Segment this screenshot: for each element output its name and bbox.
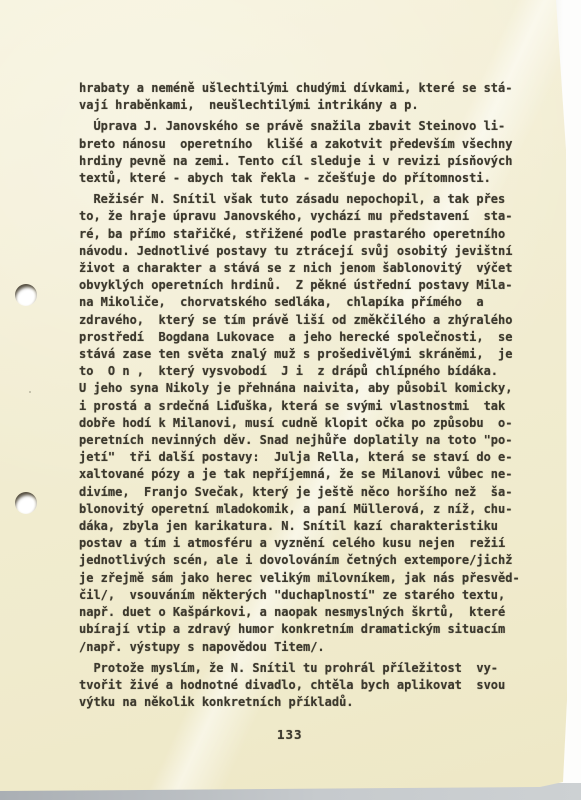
- punch-hole-top-icon: [15, 284, 37, 306]
- text-line: hrabaty a neméně ušlechtilými chudými dí…: [79, 80, 531, 97]
- text-line: obvyklých operetních hrdinů. Z pěkné úst…: [79, 277, 531, 294]
- text-line: hrdiny pevně na zemi. Tento cíl sleduje …: [79, 153, 531, 170]
- typewritten-text: hrabaty a neméně ušlechtilými chudými dí…: [79, 80, 531, 711]
- page-number: 133: [277, 727, 303, 742]
- text-line: i prostá a srdečná Liďuška, která se svý…: [79, 398, 531, 415]
- punch-hole-bottom-icon: [15, 492, 37, 514]
- text-line: to, že hraje úpravu Janovského, vychází …: [79, 208, 531, 225]
- text-line: blonovitý operetní mladokomik, a paní Mü…: [79, 501, 531, 518]
- text-line: tvořit živé a hodnotné divadlo, chtěla b…: [79, 677, 531, 694]
- text-line: to O n , který vysvobodí J i z drápů chl…: [79, 363, 531, 380]
- text-line: Protože myslím, že N. Snítil tu prohrál …: [79, 660, 531, 677]
- paper-sheet: hrabaty a neméně ušlechtilými chudými dí…: [0, 0, 570, 793]
- text-line: ré, ba přímo stařičké, střižené podle pr…: [79, 226, 531, 243]
- text-line: dobře hodí k Milanovi, musí cudně klopit…: [79, 415, 531, 432]
- text-line: ubírají vtip a zdravý humor konkretním d…: [79, 621, 531, 638]
- text-line: výtku na několik konkretních příkladů.: [79, 694, 531, 711]
- text-line: peretních nevinných děv. Snad nejhůře do…: [79, 432, 531, 449]
- paragraph: Protože myslím, že N. Snítil tu prohrál …: [79, 660, 531, 712]
- text-line: /např. výstupy s napovědou Titem/.: [79, 639, 531, 656]
- text-line: xaltované pózy a je tak nepříjemná, že s…: [79, 466, 531, 483]
- text-line: např. duet o Kašpárkovi, a naopak nesmys…: [79, 604, 531, 621]
- dust-speck: [29, 391, 31, 393]
- text-line: textů, které - abych tak řekla - zčešťuj…: [79, 170, 531, 187]
- text-line: breto nánosu operetního klišé a zakotvit…: [79, 136, 531, 153]
- paragraph: hrabaty a neméně ušlechtilými chudými dí…: [79, 80, 531, 114]
- text-line: dáka, zbyla jen karikatura. N. Snítil ka…: [79, 518, 531, 535]
- text-line: na Mikoliče, chorvatského sedláka, chlap…: [79, 294, 531, 311]
- text-line: stává zase ten světa znalý muž s prošedi…: [79, 346, 531, 363]
- text-line: divíme, Franjo Svečak, který je ještě ně…: [79, 484, 531, 501]
- text-line: zdravého, který se tím právě liší od změ…: [79, 312, 531, 329]
- text-line: jednotlivých scén, ale i dovolováním čet…: [79, 552, 531, 569]
- text-line: postav a tím i atmosféru a vyznění celéh…: [79, 535, 531, 552]
- text-line: Úprava J. Janovského se právě snažila zb…: [79, 118, 531, 135]
- text-line: čil/, vsouváním některých "duchaplností"…: [79, 587, 531, 604]
- text-line: vají hraběnkami, neušlechtilými intrikán…: [79, 97, 531, 114]
- paragraph: Režisér N. Snítil však tuto zásadu nepoc…: [79, 191, 531, 655]
- text-line: Režisér N. Snítil však tuto zásadu nepoc…: [79, 191, 531, 208]
- text-line: život a charakter a stává se z nich jeno…: [79, 260, 531, 277]
- text-line: prostředí Bogdana Lukovace a jeho hereck…: [79, 329, 531, 346]
- scanned-page: hrabaty a neméně ušlechtilými chudými dí…: [0, 0, 581, 800]
- text-line: U jeho syna Nikoly je přehnána naivita, …: [79, 380, 531, 397]
- text-line: návodu. Jednotlivé postavy tu ztrácejí s…: [79, 243, 531, 260]
- text-line: jetí" tři další postavy: Julja Rella, kt…: [79, 449, 531, 466]
- text-line: je zřejmě sám jako herec velikým milovní…: [79, 570, 531, 587]
- paragraph: Úprava J. Janovského se právě snažila zb…: [79, 118, 531, 187]
